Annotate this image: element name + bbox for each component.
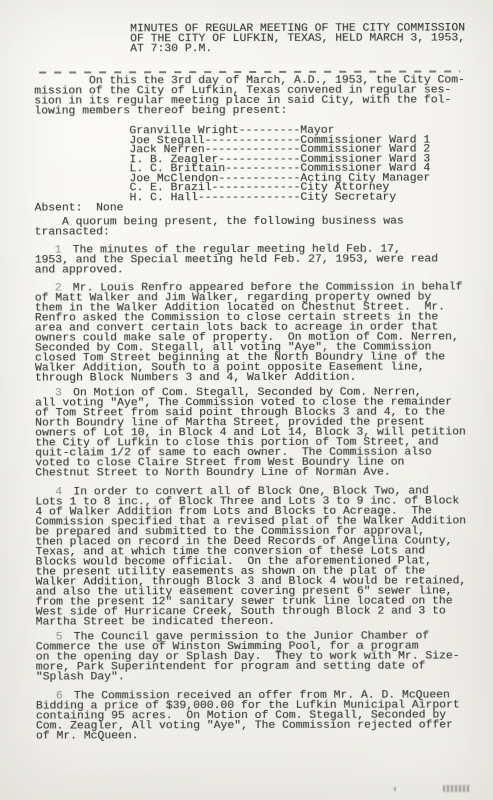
scan-speck <box>394 787 396 791</box>
item-number: 3 <box>55 388 62 398</box>
scanned-minutes-page: MINUTES OF REGULAR MEETING OF THE CITY C… <box>0 0 493 800</box>
dashed-rule <box>39 70 460 73</box>
corner-smudge <box>443 785 471 792</box>
item-number: 2 <box>55 283 62 293</box>
document-body: MINUTES OF REGULAR MEETING OF THE CITY C… <box>34 23 468 741</box>
item-text: On Motion of Com. Stegall, Seconded by C… <box>35 387 466 480</box>
minute-item-1: 1The minutes of the regular meeting held… <box>35 244 467 275</box>
item-number: 1 <box>55 245 62 255</box>
item-text: Mr. Louis Renfro appeared before the Com… <box>35 281 463 384</box>
item-number: 4 <box>55 487 62 497</box>
minute-item-5: 5The Council gave permission to the Juni… <box>36 631 468 682</box>
intro-paragraph: On this the 3rd day of March, A.D., 1953… <box>34 75 466 116</box>
item-text: The Commission received an offer from Mr… <box>36 689 460 742</box>
item-text: The Council gave permission to the Junio… <box>36 631 460 684</box>
item-text: The minutes of the regular meeting held … <box>35 244 438 277</box>
minute-item-2: 2Mr. Louis Renfro appeared before the Co… <box>35 282 467 383</box>
minute-item-3: 3On Motion of Com. Stegall, Seconded by … <box>35 387 467 478</box>
title-line-3: AT 7:30 P.M. <box>130 43 466 54</box>
quorum-line: A quorum being present, the following bu… <box>35 216 467 237</box>
minute-item-4: 4In order to convert all of Block One, B… <box>35 486 467 627</box>
document-title: MINUTES OF REGULAR MEETING OF THE CITY C… <box>130 23 466 54</box>
absent-line: Absent: None <box>35 202 467 213</box>
item-number: 6 <box>56 691 63 701</box>
minute-item-6: 6The Commission received an offer from M… <box>36 690 468 741</box>
item-number: 5 <box>56 632 63 642</box>
item-text: In order to convert all of Block One, Bl… <box>35 486 466 629</box>
attendee-roster: Granville Wright---------Mayor Joe Stega… <box>129 126 466 203</box>
